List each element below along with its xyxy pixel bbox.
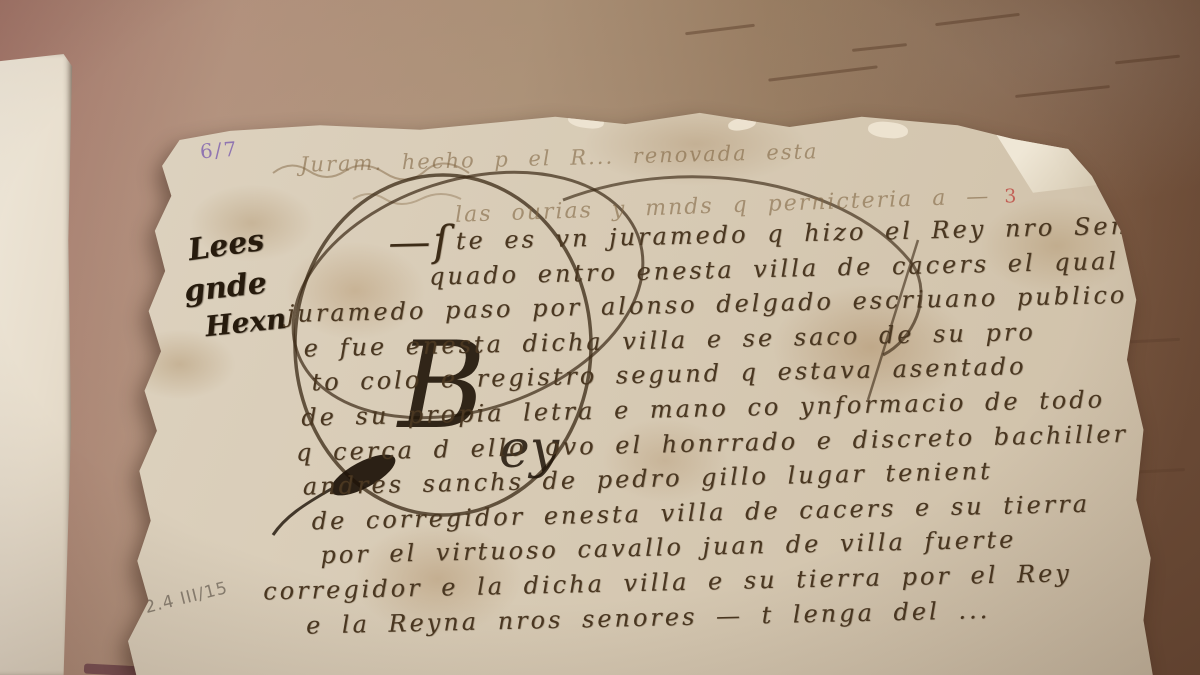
purple-archival-number: 6/7 bbox=[199, 137, 239, 164]
red-folio-number: 3 bbox=[1004, 185, 1019, 207]
paper-flake bbox=[867, 120, 908, 139]
paper-flake bbox=[727, 116, 757, 133]
manuscript-wrap: B ey Juram. hecho p el R... renovada est… bbox=[0, 0, 1200, 675]
manuscript-page: B ey Juram. hecho p el R... renovada est… bbox=[128, 110, 1160, 675]
pencil-reference: 2.4 III/15 bbox=[143, 578, 230, 618]
manuscript-text-block: —ſte es vn juramedo q hizo el Rey nro Se… bbox=[283, 209, 1132, 643]
blue-ink-mark bbox=[136, 489, 143, 504]
photo-stage: B ey Juram. hecho p el R... renovada est… bbox=[0, 0, 1200, 675]
paper-flake bbox=[567, 112, 605, 131]
